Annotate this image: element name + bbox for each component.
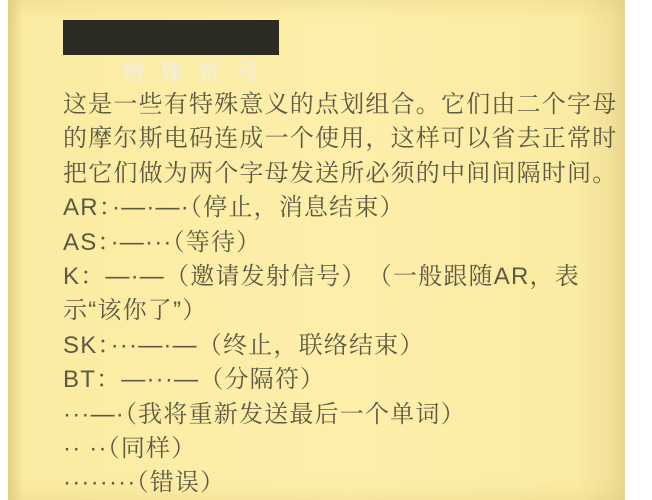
text-line: 这是一些有特殊意义的点划组合。它们由二个字母 xyxy=(63,88,608,122)
section-header-label: 特 殊 符 号 xyxy=(122,60,263,85)
page: { "colors": { "page_bg": "#ffffff", "car… xyxy=(0,0,652,500)
text-line: ·· ··（同样） xyxy=(63,432,608,466)
text-line: 示“该你了”） xyxy=(63,294,608,328)
text-line: BT：—···—（分隔符） xyxy=(63,363,608,397)
text-line: ········（错误） xyxy=(63,466,608,500)
text-line: AS：·—···（等待） xyxy=(63,226,608,260)
text-line: 的摩尔斯电码连成一个使用，这样可以省去正常时 xyxy=(63,122,608,156)
text-line: AR：·—·—·（停止，消息结束） xyxy=(63,191,608,225)
text-line: 把它们做为两个字母发送所必须的中间间隔时间。 xyxy=(63,157,608,191)
text-line: SK：···—·—（终止，联络结束） xyxy=(63,329,608,363)
text-line: K：—·—（邀请发射信号） （一般跟随AR，表 xyxy=(63,260,608,294)
section-header-badge: 特 殊 符 号 xyxy=(63,20,279,55)
text-line: ···—·（我将重新发送最后一个单词） xyxy=(63,398,608,432)
body-text-block: 这是一些有特殊意义的点划组合。它们由二个字母 的摩尔斯电码连成一个使用，这样可以… xyxy=(63,88,608,500)
yellow-card: 特 殊 符 号 这是一些有特殊意义的点划组合。它们由二个字母 的摩尔斯电码连成一… xyxy=(8,0,625,500)
